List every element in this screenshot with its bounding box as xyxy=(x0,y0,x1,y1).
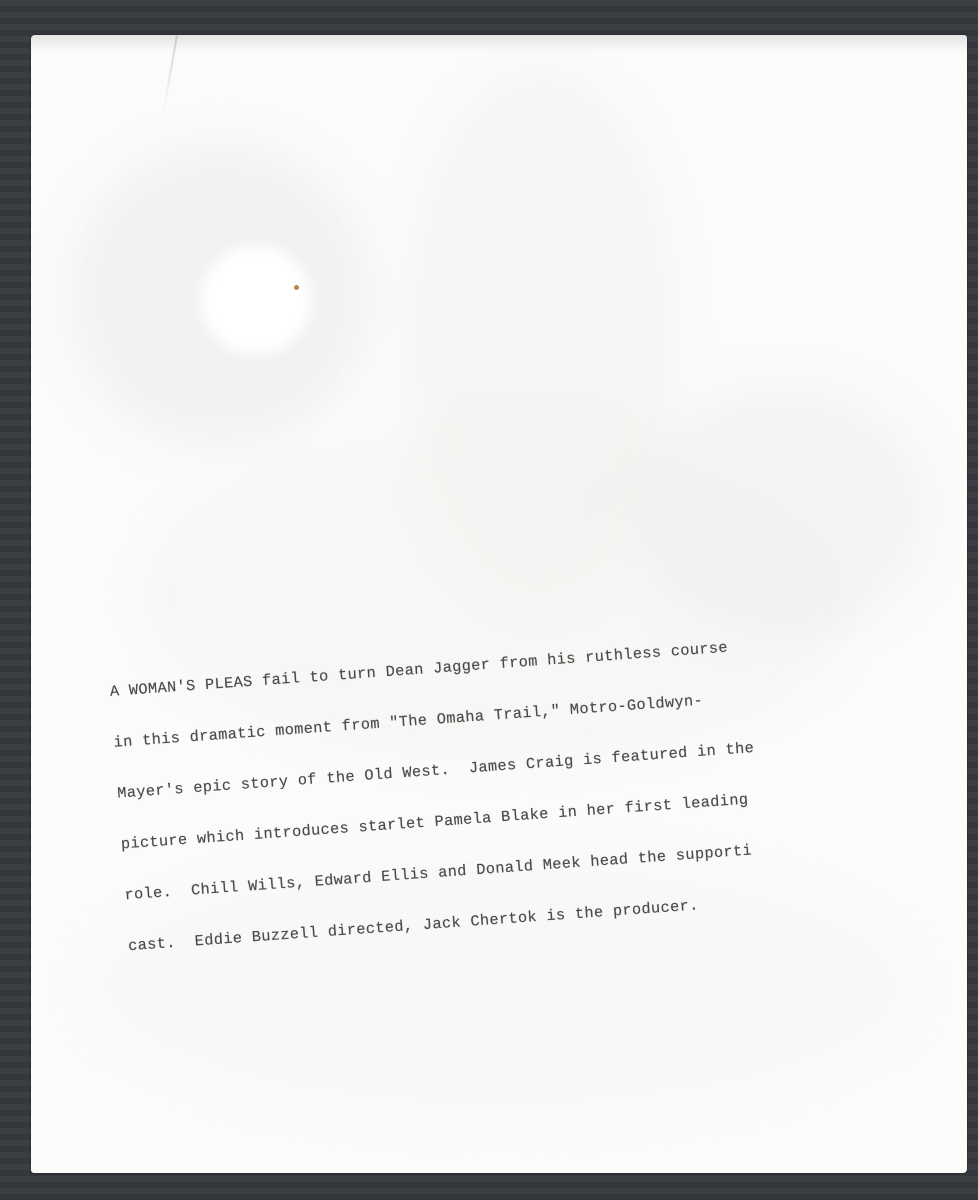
show-through-shadow xyxy=(631,385,931,635)
stain-spot xyxy=(294,285,299,290)
photo-print-back: A WOMAN'S PLEAS fail to turn Dean Jagger… xyxy=(31,35,967,1173)
paper-crease xyxy=(162,35,178,114)
typed-caption: A WOMAN'S PLEAS fail to turn Dean Jagger… xyxy=(107,594,909,989)
show-through-highlight xyxy=(201,245,311,355)
